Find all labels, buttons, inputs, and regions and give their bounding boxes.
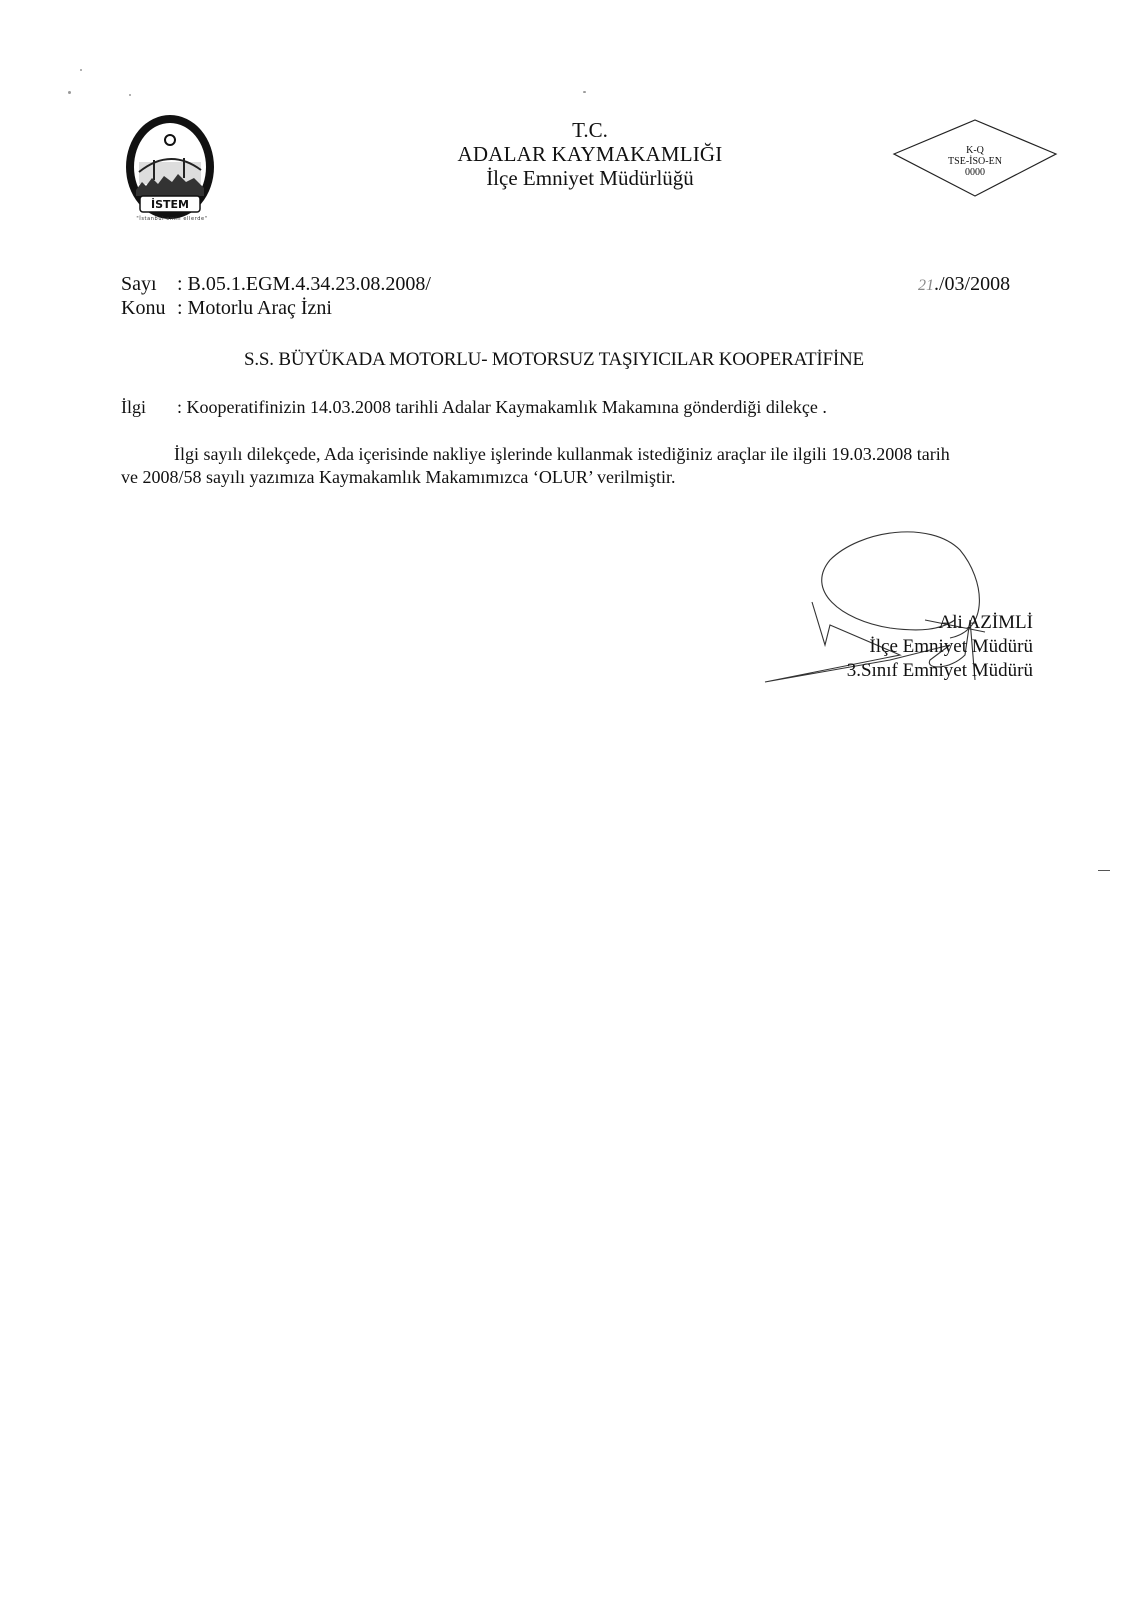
istem-logo: İSTEM — [114, 112, 226, 227]
body-line-1: İlgi sayılı dilekçede, Ada içerisinde na… — [121, 443, 1056, 466]
certification-mark: K-Q TSE-İSO-EN 0000 — [905, 145, 1045, 178]
letterhead: T.C. ADALAR KAYMAKAMLIĞI İlçe Emniyet Mü… — [430, 118, 750, 190]
signature-block: Ali AZİMLİ İlçe Emniyet Müdürü 3.Sınıf E… — [813, 611, 1033, 683]
reference-number-row: Sayı: B.05.1.EGM.4.34.23.08.2008/ — [121, 272, 431, 296]
svg-text:İSTEM: İSTEM — [151, 197, 189, 211]
date-printed: ./03/2008 — [934, 273, 1010, 295]
ilgi-value: : Kooperatifinizin 14.03.2008 tarihli Ad… — [177, 397, 827, 417]
scan-speck — [80, 69, 82, 71]
cert-line-1: K-Q — [905, 145, 1045, 156]
logo-motto: "İstanbul emin ellerde" — [112, 216, 232, 222]
konu-label: Konu — [121, 296, 177, 320]
sayi-label: Sayı — [121, 272, 177, 296]
signatory-rank: 3.Sınıf Emniyet Müdürü — [813, 659, 1033, 683]
body-line-2: ve 2008/58 sayılı yazımıza Kaymakamlık M… — [121, 466, 1056, 489]
document-date: 21./03/2008 — [918, 272, 1010, 298]
letter-body: İlgi sayılı dilekçede, Ada içerisinde na… — [121, 443, 1056, 489]
scan-speck — [129, 94, 131, 96]
recipient: S.S. BÜYÜKADA MOTORLU- MOTORSUZ TAŞIYICI… — [244, 348, 864, 372]
subject-row: Konu: Motorlu Araç İzni — [121, 296, 332, 320]
cert-line-3: 0000 — [905, 167, 1045, 178]
scan-speck — [68, 91, 71, 94]
konu-value: : Motorlu Araç İzni — [177, 297, 332, 319]
cert-line-2: TSE-İSO-EN — [905, 156, 1045, 167]
header-tc: T.C. — [430, 118, 750, 142]
signatory-name: Ali AZİMLİ — [813, 611, 1033, 635]
header-organization: ADALAR KAYMAKAMLIĞI — [430, 142, 750, 166]
date-handwritten-day: 21 — [918, 277, 934, 294]
scan-speck — [1098, 870, 1110, 871]
signatory-title: İlçe Emniyet Müdürü — [813, 635, 1033, 659]
reference-row: İlgi: Kooperatifinizin 14.03.2008 tarihl… — [121, 396, 827, 418]
header-unit: İlçe Emniyet Müdürlüğü — [430, 166, 750, 190]
ilgi-label: İlgi — [121, 396, 177, 418]
sayi-value: : B.05.1.EGM.4.34.23.08.2008/ — [177, 273, 431, 295]
scan-speck — [583, 91, 586, 93]
